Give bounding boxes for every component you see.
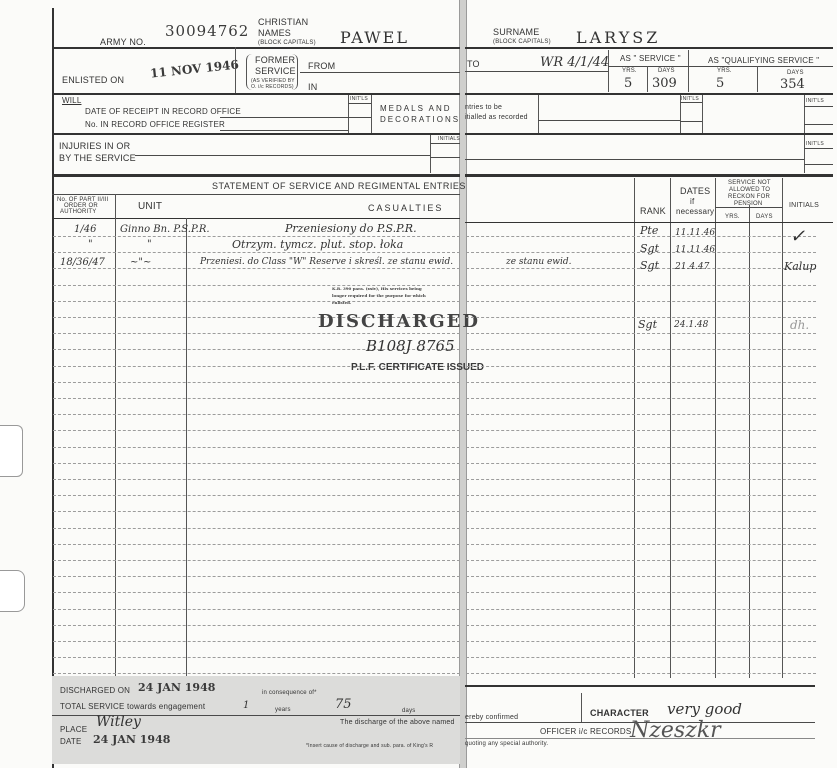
entries-label: ntries to be xyxy=(465,104,502,111)
entry-date: 21.4.47 xyxy=(675,262,709,272)
initials-label-r3: INIT'LS xyxy=(806,141,824,147)
entry-casualty: Przeniesiony do P.S.P.R. xyxy=(285,222,417,235)
in-consequence-label: in consequence of* xyxy=(262,690,317,696)
from-label: FROM xyxy=(308,61,335,71)
in-label: IN xyxy=(308,82,317,92)
ruled-line xyxy=(466,285,816,286)
service-days-label: DAYS xyxy=(658,68,675,74)
ruled-line xyxy=(466,479,816,480)
entry-order: 1/46 xyxy=(74,224,96,235)
medals-label-2: DECORATIONS xyxy=(380,115,460,124)
ruled-line xyxy=(466,414,816,415)
ruled-line xyxy=(53,641,460,642)
service-yrs-label: YRS. xyxy=(622,68,637,74)
entry-casualty-cont: ze stanu ewid. xyxy=(506,257,572,267)
stamp-text-3: enlisted. xyxy=(332,300,351,305)
confirmed-label: ereby confirmed xyxy=(465,714,518,721)
ruled-line xyxy=(466,398,816,399)
col-snar-header-3: RECKON FOR xyxy=(728,194,770,200)
officer-label: OFFICER i/c RECORDS xyxy=(540,727,631,736)
entries-label-2: itialled as recorded xyxy=(465,114,528,121)
army-no-label: ARMY NO. xyxy=(100,37,146,47)
ruled-line xyxy=(466,301,816,302)
surname-sub: (BLOCK CAPITALS) xyxy=(493,39,551,45)
former-service-label: FORMER xyxy=(255,55,295,65)
stamp-text-2: longer required for the purpose for whic… xyxy=(332,293,426,298)
date-receipt-label: DATE OF RECEIPT IN RECORD OFFICE xyxy=(85,107,241,116)
col-snar-yrs: YRS. xyxy=(725,214,740,220)
christian-names-value: PAWEL xyxy=(340,28,409,47)
plf-stamp: P.L.F. CERTIFICATE ISSUED xyxy=(351,362,484,373)
entry-rank: Sgt xyxy=(640,259,659,272)
army-no-value: 30094762 xyxy=(165,22,249,40)
ruled-line xyxy=(53,609,460,610)
entry-unit: Ginno Bn. P.S.P.R. xyxy=(120,224,210,235)
ruled-line xyxy=(53,592,460,593)
col-initials-header: INITIALS xyxy=(789,202,819,209)
total-years: 1 xyxy=(243,700,249,711)
col-unit-header: UNIT xyxy=(138,201,162,212)
ruled-line xyxy=(53,576,460,577)
discharged-on-label: DISCHARGED ON xyxy=(60,686,130,695)
total-days: 75 xyxy=(335,697,352,712)
days-label: days xyxy=(402,708,415,714)
enlisted-on-label: ENLISTED ON xyxy=(62,75,124,85)
will-label: WILL xyxy=(62,96,81,105)
col-snar-header-2: ALLOWED TO xyxy=(729,187,770,193)
ruled-line xyxy=(466,625,816,626)
discharged-stamp: DISCHARGED xyxy=(318,311,480,332)
ruled-line xyxy=(53,252,460,253)
ruled-line xyxy=(53,301,460,302)
service-yrs-value: 5 xyxy=(624,76,632,91)
ruled-line xyxy=(53,657,460,658)
footnote: *Insert cause of discharge and sub. para… xyxy=(306,743,433,749)
surname-value: LARYSZ xyxy=(576,28,660,47)
ruled-line xyxy=(466,560,816,561)
ruled-line xyxy=(466,447,816,448)
col-dates-header-2: if xyxy=(690,197,694,206)
entry-unit: " xyxy=(147,239,152,250)
total-service-label: TOTAL SERVICE towards engagement xyxy=(60,702,205,711)
christian-names-label: CHRISTIAN xyxy=(258,17,308,27)
qualifying-days-value: 354 xyxy=(780,77,805,92)
entry-rank: Sgt xyxy=(640,242,659,255)
ruled-line xyxy=(53,495,460,496)
service-days-value: 309 xyxy=(652,76,677,91)
date-label: DATE xyxy=(60,737,82,746)
character-value: very good xyxy=(667,700,742,718)
entry-date: 11.11.46 xyxy=(675,245,715,255)
col-dates-header-3: necessary xyxy=(676,207,714,216)
place-label: PLACE xyxy=(60,725,87,734)
col-snar-header: SERVICE NOT xyxy=(728,180,771,186)
ruled-line xyxy=(466,495,816,496)
date-value: 24 JAN 1948 xyxy=(93,733,170,746)
injuries-label-2: BY THE SERVICE xyxy=(59,153,136,163)
to-label: TO xyxy=(467,59,480,69)
quoting-label: quoting any special authority. xyxy=(465,741,548,747)
binding-cutout xyxy=(0,425,23,477)
ruled-line xyxy=(53,333,460,334)
stamp-text: K.R. 390 para. (xxiv), His services bein… xyxy=(332,286,422,291)
ruled-line xyxy=(53,560,460,561)
qualifying-days-label: DAYS xyxy=(787,70,804,76)
entry-rank: Pte xyxy=(640,224,658,237)
entry-order: " xyxy=(88,239,93,250)
statement-header: STATEMENT OF SERVICE AND REGIMENTAL ENTR… xyxy=(212,181,466,191)
ruled-line xyxy=(53,673,460,674)
entry-initials: ✓ xyxy=(790,226,805,247)
ruled-line xyxy=(466,641,816,642)
entry-casualty: Przeniesi. do Class "W" Reserve i skreśl… xyxy=(200,257,453,267)
ruled-line xyxy=(466,430,816,431)
ruled-line xyxy=(53,382,460,383)
surname-label: SURNAME xyxy=(493,27,539,37)
to-value: WR 4/1/44 xyxy=(540,55,609,70)
qualifying-yrs-value: 5 xyxy=(716,76,724,91)
ruled-line xyxy=(466,592,816,593)
ruled-line xyxy=(53,236,460,237)
discharged-on-value: 24 JAN 1948 xyxy=(138,681,215,694)
ruled-line xyxy=(466,657,816,658)
ruled-line xyxy=(53,268,460,269)
col-rank-header: RANK xyxy=(640,206,666,216)
ruled-line xyxy=(53,511,460,512)
ruled-line xyxy=(466,528,816,529)
ruled-line xyxy=(53,447,460,448)
col-dates-header: DATES xyxy=(680,186,710,196)
left-border xyxy=(52,8,54,768)
col-snar-days: DAYS xyxy=(756,214,773,220)
register-label: No. IN RECORD OFFICE REGISTER xyxy=(85,120,225,129)
stamp-number: B108J 8765 xyxy=(366,337,455,355)
initials-label-r2: INIT'LS xyxy=(806,98,824,104)
ruled-line xyxy=(466,609,816,610)
ruled-line xyxy=(53,414,460,415)
entry-order: 18/36/47 xyxy=(60,257,105,268)
christian-names-sub: (BLOCK CAPITALS) xyxy=(258,40,316,46)
as-service-label: AS " SERVICE " xyxy=(620,54,681,63)
qualifying-yrs-label: YRS. xyxy=(717,68,732,74)
officer-signature: Nzeszkr xyxy=(630,718,721,743)
col-order-header-3: AUTHORITY xyxy=(60,209,96,215)
former-service-label-2: SERVICE xyxy=(255,66,296,76)
initials-label-2: INITIALS xyxy=(438,136,460,142)
injuries-label: INJURIES IN OR xyxy=(59,141,130,151)
entry-date: 24.1.48 xyxy=(674,320,708,330)
entry-unit: ~"~ xyxy=(130,257,151,268)
ruled-line xyxy=(466,576,816,577)
ruled-line xyxy=(466,463,816,464)
ruled-line xyxy=(53,479,460,480)
ruled-line xyxy=(466,366,816,367)
ruled-line xyxy=(466,673,816,674)
entry-rank: Sgt xyxy=(638,318,657,331)
christian-names-label-2: NAMES xyxy=(258,28,291,38)
ruled-line xyxy=(466,382,816,383)
place-value: Witley xyxy=(96,714,141,730)
ruled-line xyxy=(53,463,460,464)
former-service-sub-2: O. i/c RECORDS) xyxy=(251,84,294,90)
ruled-line xyxy=(53,544,460,545)
ruled-line xyxy=(53,528,460,529)
years-label: years xyxy=(275,707,291,713)
as-qualifying-label: AS "QUALIFYING SERVICE " xyxy=(708,56,819,65)
binding-cutout xyxy=(0,570,25,612)
col-casualties-header: CASUALTIES xyxy=(368,203,443,213)
medals-label: MEDALS AND xyxy=(380,104,452,113)
ruled-line xyxy=(466,349,816,350)
ruled-line xyxy=(53,625,460,626)
ruled-line xyxy=(466,511,816,512)
ruled-line xyxy=(466,333,816,334)
character-label: CHARACTER xyxy=(590,708,649,718)
entry-initials: Kalup xyxy=(784,260,816,273)
entry-casualty: Otrzym. tymcz. plut. stop. łoka xyxy=(232,238,403,251)
discharge-note: The discharge of the above named xyxy=(340,719,455,726)
ruled-line xyxy=(53,430,460,431)
ruled-line xyxy=(466,544,816,545)
ruled-line xyxy=(53,398,460,399)
entry-date: 11.11.46 xyxy=(675,228,715,238)
entry-initials: dh. xyxy=(790,318,809,332)
initials-label: INIT'LS xyxy=(350,96,368,102)
